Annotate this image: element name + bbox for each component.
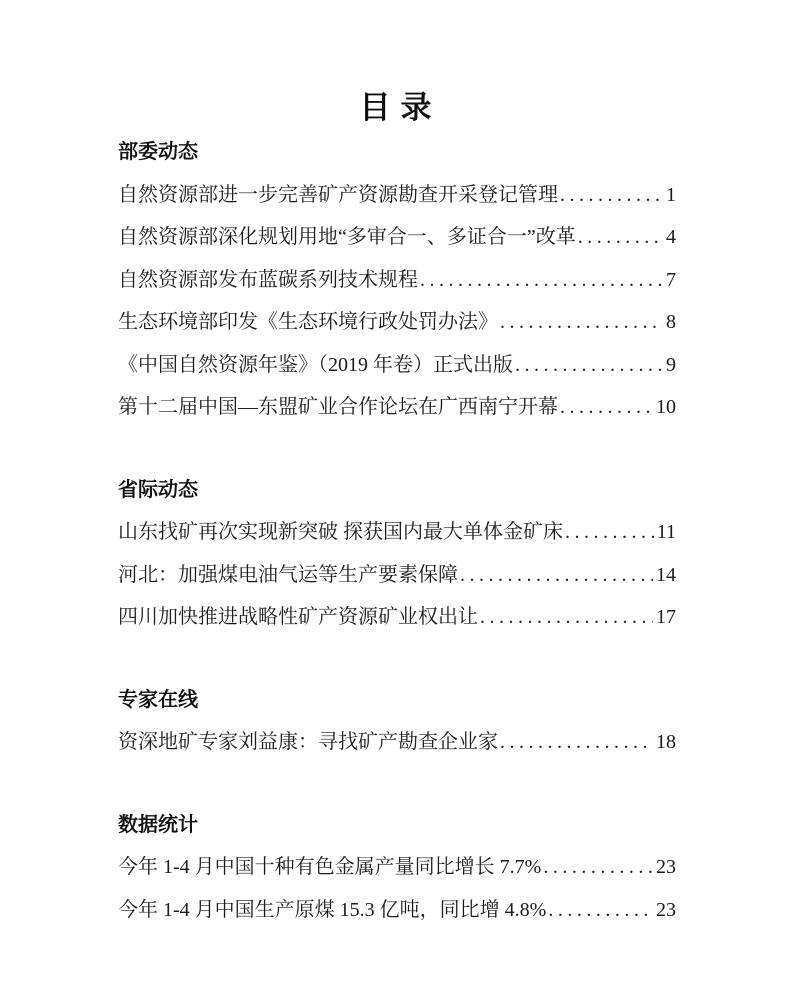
- toc-entry: 第十二届中国—东盟矿业合作论坛在广西南宁开幕10: [0, 386, 791, 429]
- dot-leader: [500, 721, 653, 764]
- toc-section: 省际动态山东找矿再次实现新突破 探获国内最大单体金矿床11河北：加强煤电油气运等…: [0, 469, 791, 639]
- entry-page-number: 11: [657, 511, 676, 554]
- section-heading: 省际动态: [0, 469, 791, 512]
- toc-entry: 今年 1-4 月中国十种有色金属产量同比增长 7.7%23: [0, 846, 791, 889]
- entry-page-number: 18: [656, 721, 676, 764]
- dot-leader: [480, 596, 653, 639]
- toc-entry: 自然资源部发布蓝碳系列技术规程7: [0, 259, 791, 302]
- entry-title: 今年 1-4 月中国生产原煤 15.3 亿吨，同比增 4.8%: [118, 889, 546, 932]
- entry-page-number: 23: [656, 846, 676, 889]
- dot-leader: [500, 301, 663, 344]
- dot-leader: [560, 174, 663, 217]
- toc-section: 专家在线资深地矿专家刘益康：寻找矿产勘查企业家18: [0, 679, 791, 764]
- entry-title: 自然资源部进一步完善矿产资源勘查开采登记管理: [118, 174, 558, 217]
- dot-leader: [460, 554, 653, 597]
- toc-entry: 自然资源部深化规划用地“多审合一、多证合一”改革4: [0, 216, 791, 259]
- entry-page-number: 1: [666, 174, 676, 217]
- entry-page-number: 14: [656, 554, 676, 597]
- entry-page-number: 4: [666, 216, 676, 259]
- toc-entry: 生态环境部印发《生态环境行政处罚办法》8: [0, 301, 791, 344]
- toc-sections: 部委动态自然资源部进一步完善矿产资源勘查开采登记管理1自然资源部深化规划用地“多…: [0, 131, 791, 931]
- entry-title: 山东找矿再次实现新突破 探获国内最大单体金矿床: [118, 511, 563, 554]
- toc-section: 数据统计今年 1-4 月中国十种有色金属产量同比增长 7.7%23今年 1-4 …: [0, 804, 791, 932]
- entry-page-number: 23: [656, 889, 676, 932]
- entry-page-number: 7: [666, 259, 676, 302]
- entry-title: 自然资源部发布蓝碳系列技术规程: [118, 259, 418, 302]
- entry-title: 《中国自然资源年鉴》（2019 年卷）正式出版: [118, 344, 513, 387]
- toc-page-title: 目录: [0, 88, 791, 127]
- section-heading: 数据统计: [0, 804, 791, 847]
- dot-leader: [420, 259, 663, 302]
- toc-entry: 今年 1-4 月中国生产原煤 15.3 亿吨，同比增 4.8%23: [0, 889, 791, 932]
- entry-title: 自然资源部深化规划用地“多审合一、多证合一”改革: [118, 216, 576, 259]
- toc-entry: 山东找矿再次实现新突破 探获国内最大单体金矿床11: [0, 511, 791, 554]
- entry-title: 四川加快推进战略性矿产资源矿业权出让: [118, 596, 478, 639]
- toc-entry: 资深地矿专家刘益康：寻找矿产勘查企业家18: [0, 721, 791, 764]
- entry-page-number: 10: [656, 386, 676, 429]
- entry-page-number: 9: [666, 344, 676, 387]
- section-heading: 部委动态: [0, 131, 791, 174]
- entry-title: 资深地矿专家刘益康：寻找矿产勘查企业家: [118, 721, 498, 764]
- entry-title: 生态环境部印发《生态环境行政处罚办法》: [118, 301, 498, 344]
- document-page: 目录 部委动态自然资源部进一步完善矿产资源勘查开采登记管理1自然资源部深化规划用…: [0, 0, 791, 997]
- toc-entry: 四川加快推进战略性矿产资源矿业权出让17: [0, 596, 791, 639]
- toc-entry: 《中国自然资源年鉴》（2019 年卷）正式出版9: [0, 344, 791, 387]
- entry-title: 今年 1-4 月中国十种有色金属产量同比增长 7.7%: [118, 846, 541, 889]
- dot-leader: [515, 344, 663, 387]
- entry-page-number: 8: [666, 301, 676, 344]
- entry-title: 第十二届中国—东盟矿业合作论坛在广西南宁开幕: [118, 386, 558, 429]
- entry-title: 河北：加强煤电油气运等生产要素保障: [118, 554, 458, 597]
- toc-section: 部委动态自然资源部进一步完善矿产资源勘查开采登记管理1自然资源部深化规划用地“多…: [0, 131, 791, 429]
- dot-leader: [548, 889, 653, 932]
- dot-leader: [560, 386, 653, 429]
- toc-entry: 自然资源部进一步完善矿产资源勘查开采登记管理1: [0, 174, 791, 217]
- dot-leader: [543, 846, 653, 889]
- dot-leader: [578, 216, 663, 259]
- entry-page-number: 17: [656, 596, 676, 639]
- toc-entry: 河北：加强煤电油气运等生产要素保障14: [0, 554, 791, 597]
- section-heading: 专家在线: [0, 679, 791, 722]
- dot-leader: [565, 511, 654, 554]
